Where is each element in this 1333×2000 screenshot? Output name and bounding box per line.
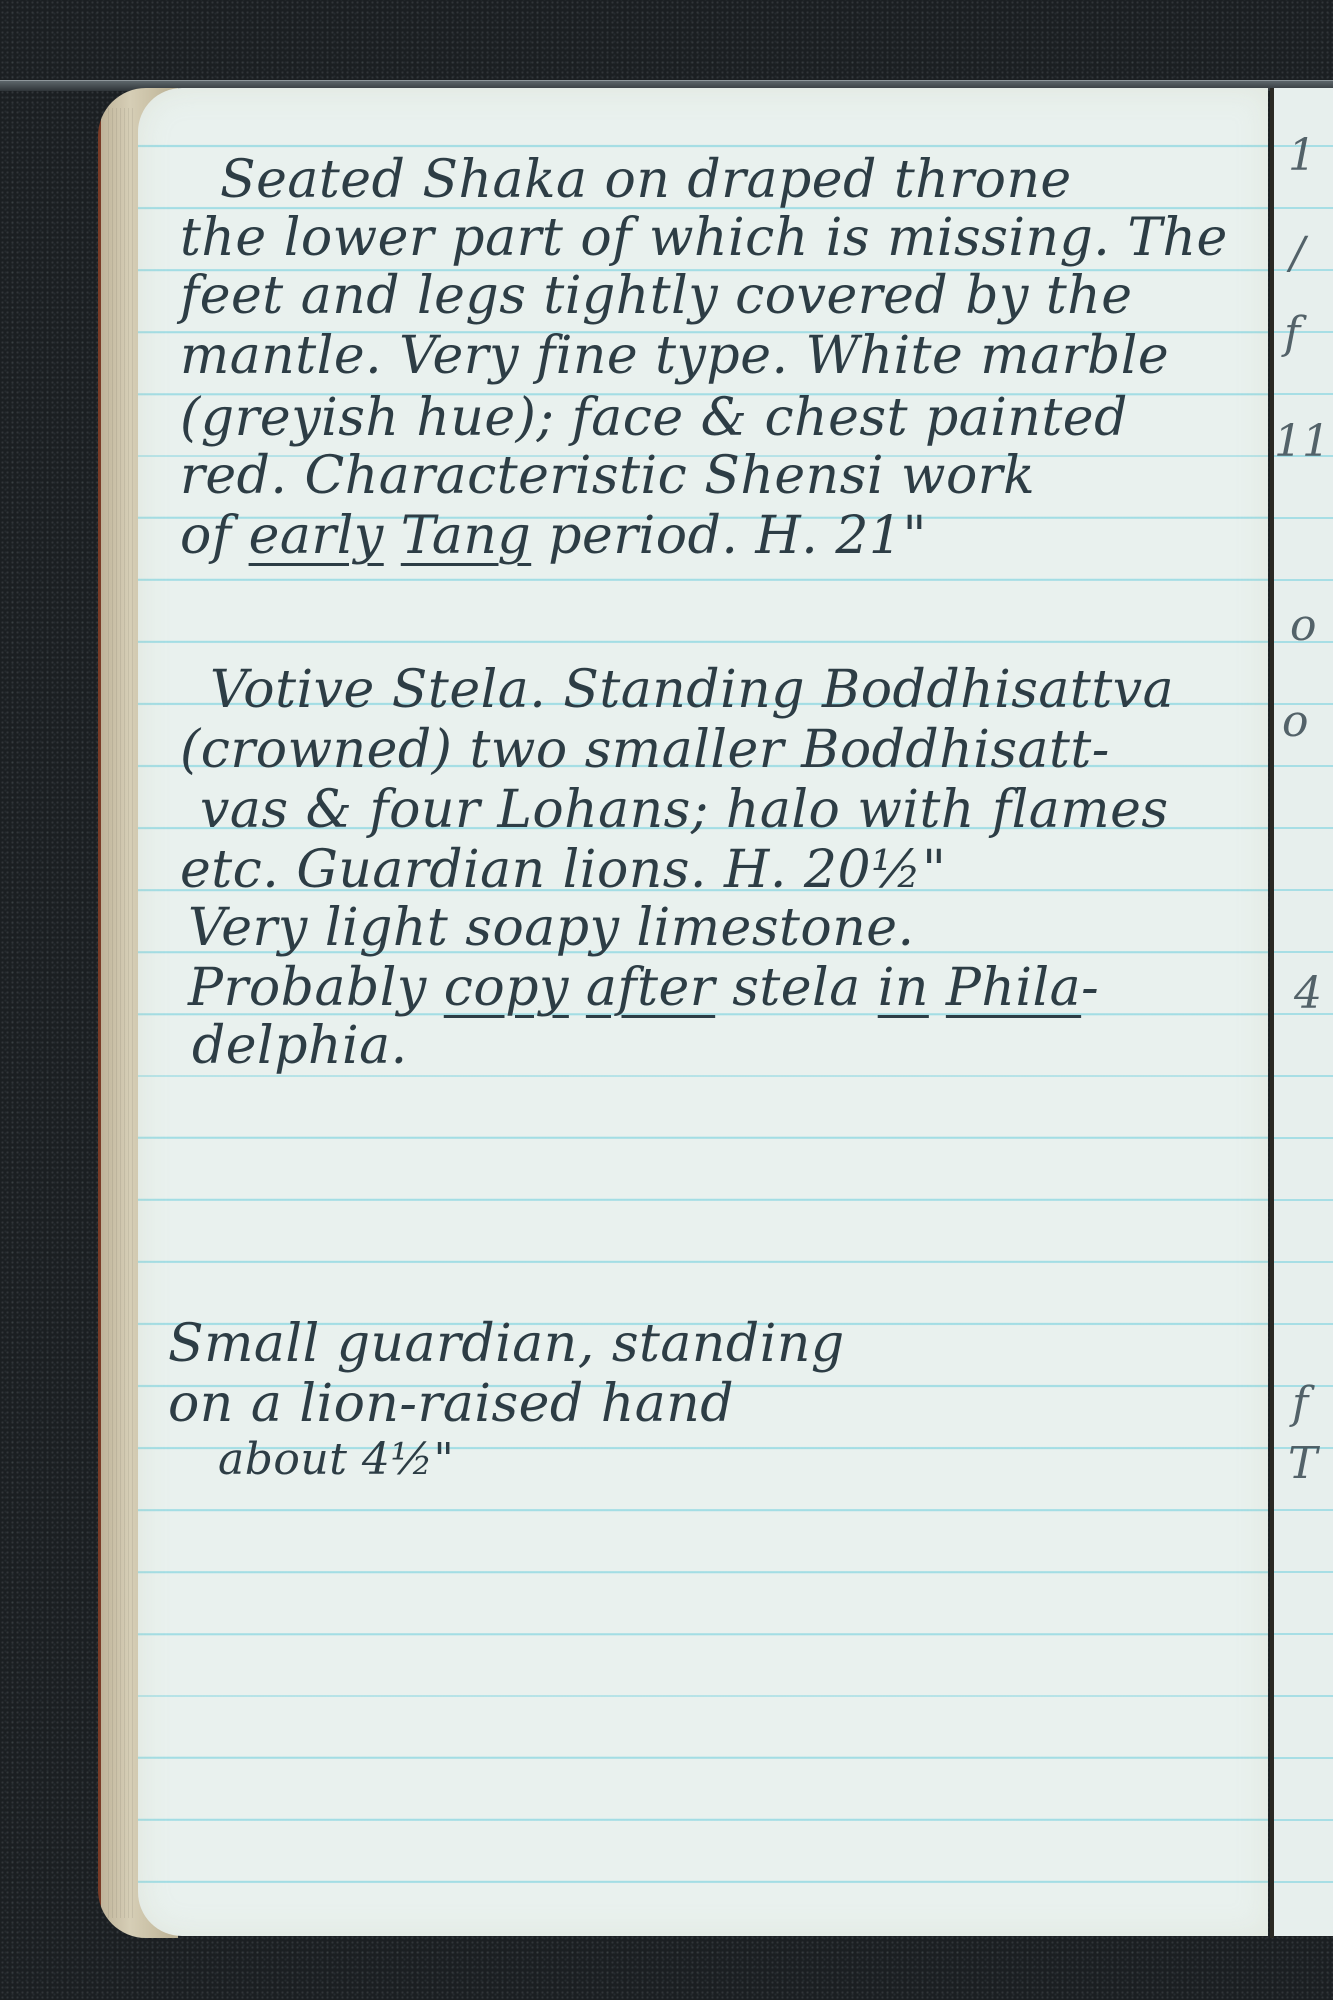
word: -: [1081, 958, 1099, 1018]
underlined-word: in: [878, 958, 929, 1018]
fragment: o: [1290, 600, 1317, 651]
fragment: /: [1290, 228, 1305, 279]
underlined-word: Tang: [401, 506, 531, 566]
entry-line: Small guardian, standing: [168, 1318, 845, 1370]
notebook-page-left: Seated Shaka on draped throne the lower …: [138, 88, 1268, 1936]
word: Probably: [188, 958, 444, 1018]
underlined-word: early: [249, 506, 384, 566]
fragment: o: [1282, 696, 1309, 747]
entry-line: mantle. Very fine type. White marble: [180, 330, 1169, 382]
entry-line: on a lion-raised hand: [168, 1378, 734, 1430]
entry-line-underlined: of early Tang period. H. 21": [180, 510, 927, 562]
word: period. H. 21": [531, 506, 927, 566]
entry-line: (crowned) two smaller Boddhisatt-: [180, 724, 1110, 776]
underlined-word: after: [586, 958, 715, 1018]
fragment: f: [1284, 308, 1300, 359]
word: [569, 958, 586, 1018]
entry-line: Votive Stela. Standing Boddhisattva: [210, 664, 1174, 716]
word: [384, 506, 401, 566]
underlined-word: Phila: [946, 958, 1081, 1018]
word: of: [180, 506, 249, 566]
entry-line: the lower part of which is missing. The: [180, 212, 1228, 264]
fragment: 1: [1288, 130, 1316, 181]
entry-line: Seated Shaka on draped throne: [220, 154, 1072, 206]
entry-line: vas & four Lohans; halo with flames: [200, 784, 1169, 836]
underlined-word: copy: [444, 958, 569, 1018]
entry-line: red. Characteristic Shensi work: [180, 450, 1035, 502]
word: stela: [715, 958, 878, 1018]
entry-line: Very light soapy limestone.: [188, 902, 915, 954]
entry-line: delphia.: [192, 1020, 408, 1072]
word: [929, 958, 946, 1018]
entry-line-underlined: Probably copy after stela in Phila-: [188, 962, 1099, 1014]
entry-line: about 4½": [218, 1438, 454, 1482]
notebook-page-right-partial: 1 / f 11 o o 4 f T: [1274, 88, 1333, 1936]
entry-line: (greyish hue); face & chest painted: [180, 392, 1128, 444]
fragment: T: [1288, 1438, 1317, 1489]
fragment: 11: [1274, 416, 1330, 467]
fragment: 4: [1294, 968, 1322, 1019]
entry-line: feet and legs tightly covered by the: [180, 270, 1133, 322]
fragment: f: [1292, 1378, 1308, 1429]
entry-line: etc. Guardian lions. H. 20½": [180, 844, 946, 896]
